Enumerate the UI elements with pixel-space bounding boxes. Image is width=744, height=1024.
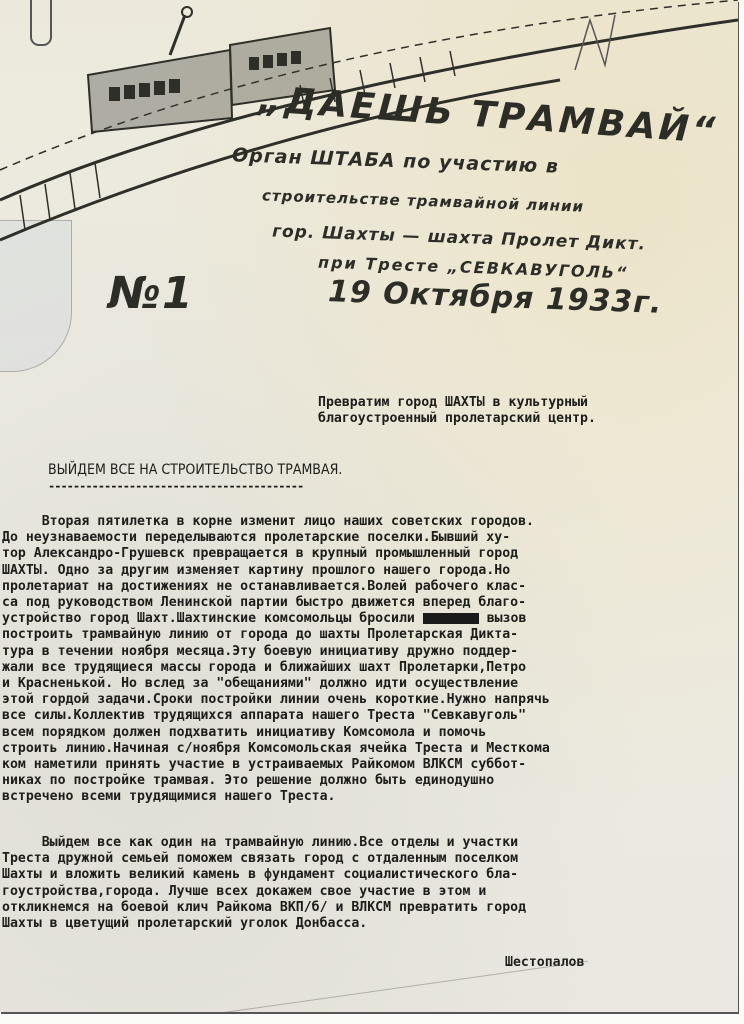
- text-line: строить линию.Начиная с/ноября Комсомоль…: [2, 741, 550, 757]
- article-paragraph-2: Выйдем все как один на трамвайную линию.…: [2, 835, 526, 932]
- text-line: тор Александро-Грушевск превращается в к…: [2, 546, 550, 562]
- text-line: и Красненькой. Но вслед за "обещаниями" …: [2, 676, 550, 692]
- heading-underline: ----------------------------------------…: [48, 478, 303, 494]
- text-line: встречено всеми трудящимися нашего Трест…: [2, 789, 550, 805]
- newspaper-sheet: „ДАЕШЬ ТРАМВАЙ“ Орган ШТАБА по участию в…: [0, 0, 738, 1012]
- text-line: жали все трудящиеся массы города и ближа…: [2, 660, 550, 676]
- text-line: устройство город Шахт.Шахтинские комсомо…: [2, 611, 550, 627]
- text-line: гоустройства,города. Лучше всех докажем …: [2, 884, 526, 900]
- text-line: всем порядком должен подхватить инициати…: [2, 725, 550, 741]
- text-line: ШАХТЫ. Одно за другим изменяет картину п…: [2, 563, 550, 579]
- text-line: Шахты и вложить великий камень в фундаме…: [2, 867, 526, 883]
- text-line: все силы.Коллектив трудящихся аппарата н…: [2, 708, 550, 724]
- article-paragraph-1: Вторая пятилетка в корне изменит лицо на…: [2, 514, 550, 806]
- text-line: откликнемся на боевой клич Райкома ВКП/б…: [2, 900, 526, 916]
- text-line: са под руководством Ленинской партии быс…: [2, 595, 550, 611]
- text-line: этой гордой задачи.Сроки постройки линии…: [2, 692, 550, 708]
- redaction-mark: [423, 613, 479, 624]
- text-line: Вторая пятилетка в корне изменит лицо на…: [2, 514, 550, 530]
- article-heading: ВЫЙДЕМ ВСЕ НА СТРОИТЕЛЬСТВО ТРАМВАЯ.: [48, 462, 342, 478]
- text-line: Шахты в цветущий пролетарский уголок Дон…: [2, 916, 526, 932]
- text-line: пролетариат на достижениях не останавлив…: [2, 579, 550, 595]
- text-line: никах по постройке трамвая. Это решение …: [2, 773, 550, 789]
- text-line: построить трамвайную линию от города до …: [2, 627, 550, 643]
- slogan: Превратим город ШАХТЫ в культурный благо…: [318, 395, 596, 427]
- text-line: До неузнаваемости переделываются пролета…: [2, 530, 550, 546]
- text-line: ком наметили принять участие в устраивае…: [2, 757, 550, 773]
- text-line: Треста дружной семьей поможем связать го…: [2, 851, 526, 867]
- paper-crease: [172, 961, 588, 1012]
- text-line: Выйдем все как один на трамвайную линию.…: [2, 835, 526, 851]
- text-line: тура в течении ноября месяца.Эту боевую …: [2, 644, 550, 660]
- issue-number: №1: [108, 268, 194, 319]
